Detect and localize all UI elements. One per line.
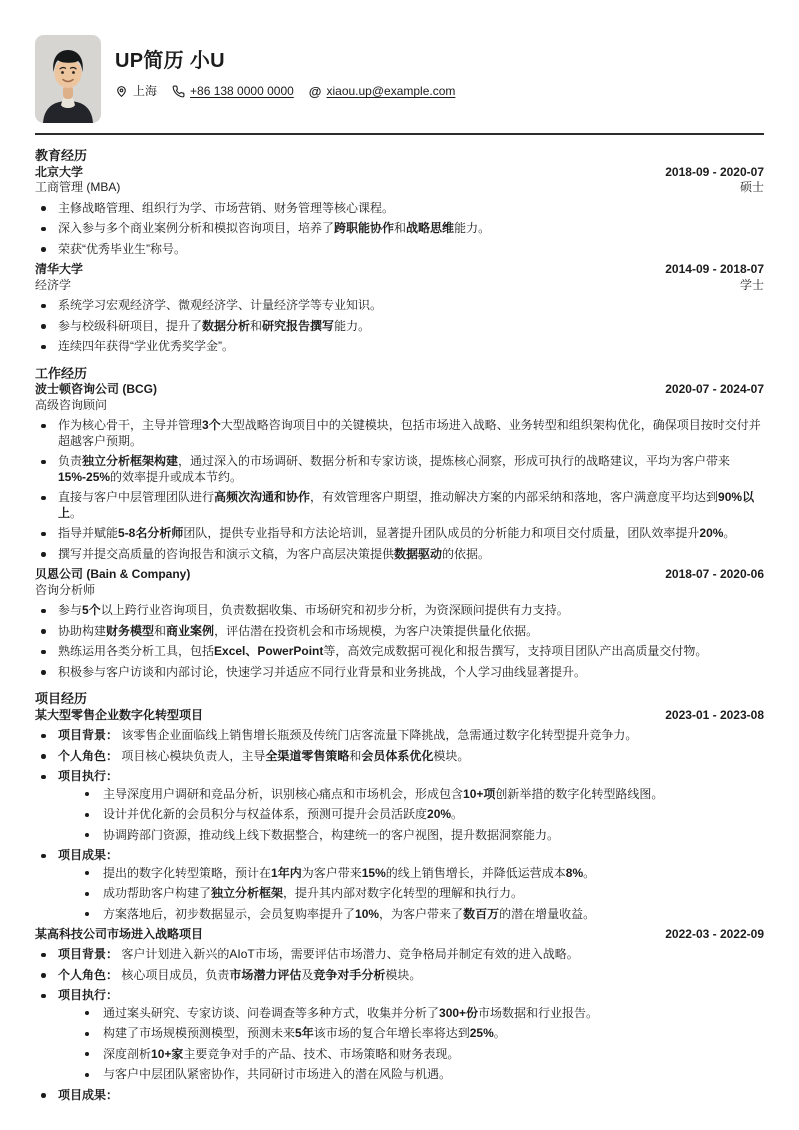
entry-header: 某高科技公司市场进入战略项目2022-03 - 2022-09 <box>35 927 764 942</box>
resume-header: UP简历 小U 上海 +86 138 0000 0000 @ xiaou.u <box>35 35 764 123</box>
entry-header: 贝恩公司 (Bain & Company)2018-07 - 2020-06 <box>35 567 764 582</box>
sub-bullet-item: 协调跨部门资源，推动线上线下数据整合，构建统一的客户视图，提升数据洞察能力。 <box>80 828 764 843</box>
entry-date: 2020-07 - 2024-07 <box>665 382 764 397</box>
bullet-item: 熟练运用各类分析工具，包括Excel、PowerPoint等，高效完成数据可视化… <box>35 644 764 659</box>
entry-title: 某高科技公司市场进入战略项目 <box>35 927 203 942</box>
candidate-name: UP简历 小U <box>115 48 455 74</box>
entry-title: 清华大学 <box>35 262 83 277</box>
entry-role: 工商管理 (MBA) <box>35 180 120 195</box>
sub-bullet-list: 提出的数字化转型策略，预计在1年内为客户带来15%的线上销售增长，并降低运营成本… <box>80 866 764 922</box>
bullet-list: 参与5个以上跨行业咨询项目，负责数据收集、市场研究和初步分析，为资深顾问提供有力… <box>35 603 764 680</box>
resume-sections: 教育经历北京大学2018-09 - 2020-07工商管理 (MBA)硕士主修战… <box>35 148 764 1103</box>
bullet-list: 系统学习宏观经济学、微观经济学、计量经济学等专业知识。参与校级科研项目，提升了数… <box>35 298 764 354</box>
sub-bullet-item: 设计并优化新的会员积分与权益体系，预测可提升会员活跃度20%。 <box>80 807 764 822</box>
entry-subheader: 经济学学士 <box>35 278 764 293</box>
bullet-item: 参与校级科研项目，提升了数据分析和研究报告撰写能力。 <box>35 319 764 334</box>
entry-title: 贝恩公司 (Bain & Company) <box>35 567 190 582</box>
sub-bullet-item: 通过案头研究、专家访谈、问卷调查等多种方式，收集并分析了300+份市场数据和行业… <box>80 1006 764 1021</box>
entry: 清华大学2014-09 - 2018-07经济学学士系统学习宏观经济学、微观经济… <box>35 262 764 354</box>
entry-date: 2022-03 - 2022-09 <box>665 927 764 942</box>
bullet-item: 主修战略管理、组织行为学、市场营销、财务管理等核心课程。 <box>35 201 764 216</box>
bullet-item: 项目执行：主导深度用户调研和竞品分析，识别核心痛点和市场机会，形成包含10+项创… <box>35 769 764 843</box>
bullet-item: 项目成果：提出的数字化转型策略，预计在1年内为客户带来15%的线上销售增长，并降… <box>35 848 764 922</box>
email-link[interactable]: @ xiaou.up@example.com <box>309 84 456 99</box>
bullet-item: 荣获“优秀毕业生”称号。 <box>35 242 764 257</box>
bullet-list: 项目背景： 该零售企业面临线上销售增长瓶颈及传统门店客流量下降挑战，急需通过数字… <box>35 728 764 922</box>
section-title: 教育经历 <box>35 148 764 165</box>
bullet-item: 撰写并提交高质量的咨询报告和演示文稿，为客户高层决策提供数据驱动的依据。 <box>35 547 764 562</box>
sub-bullet-list: 通过案头研究、专家访谈、问卷调查等多种方式，收集并分析了300+份市场数据和行业… <box>80 1006 764 1083</box>
bullet-item: 负责独立分析框架构建，通过深入的市场调研、数据分析和专家访谈，提炼核心洞察，形成… <box>35 454 764 485</box>
entry: 波士顿咨询公司 (BCG)2020-07 - 2024-07高级咨询顾问作为核心… <box>35 382 764 562</box>
profile-photo-graphic <box>35 35 101 123</box>
sub-bullet-item: 深度剖析10+家主要竞争对手的产品、技术、市场策略和财务表现。 <box>80 1047 764 1062</box>
entry-degree: 学士 <box>740 278 764 293</box>
bullet-item: 个人角色： 核心项目成员，负责市场潜力评估及竞争对手分析模块。 <box>35 968 764 983</box>
sub-bullet-item: 方案落地后，初步数据显示，会员复购率提升了10%，为客户带来了数百万的潜在增量收… <box>80 907 764 922</box>
bullet-item: 项目背景： 该零售企业面临线上销售增长瓶颈及传统门店客流量下降挑战，急需通过数字… <box>35 728 764 743</box>
bullet-list: 主修战略管理、组织行为学、市场营销、财务管理等核心课程。深入参与多个商业案例分析… <box>35 201 764 257</box>
entry: 贝恩公司 (Bain & Company)2018-07 - 2020-06咨询… <box>35 567 764 680</box>
bullet-item: 参与5个以上跨行业咨询项目，负责数据收集、市场研究和初步分析，为资深顾问提供有力… <box>35 603 764 618</box>
sub-bullet-item: 与客户中层团队紧密协作，共同研讨市场进入的潜在风险与机遇。 <box>80 1067 764 1082</box>
bullet-item: 深入参与多个商业案例分析和模拟咨询项目，培养了跨职能协作和战略思维能力。 <box>35 221 764 236</box>
location-item: 上海 <box>115 84 157 99</box>
sub-bullet-list: 主导深度用户调研和竞品分析，识别核心痛点和市场机会，形成包含10+项创新举措的数… <box>80 787 764 843</box>
entry-header: 波士顿咨询公司 (BCG)2020-07 - 2024-07 <box>35 382 764 397</box>
sub-bullet-item: 主导深度用户调研和竞品分析，识别核心痛点和市场机会，形成包含10+项创新举措的数… <box>80 787 764 802</box>
entry: 某大型零售企业数字化转型项目2023-01 - 2023-08项目背景： 该零售… <box>35 708 764 922</box>
entry-header: 某大型零售企业数字化转型项目2023-01 - 2023-08 <box>35 708 764 723</box>
entry-date: 2023-01 - 2023-08 <box>665 708 764 723</box>
map-pin-icon <box>115 85 128 98</box>
bullet-item: 作为核心骨干，主导并管理3个大型战略咨询项目中的关键模块，包括市场进入战略、业务… <box>35 418 764 449</box>
sub-bullet-item: 构建了市场规模预测模型，预测未来5年该市场的复合年增长率将达到25%。 <box>80 1026 764 1041</box>
entry-subheader: 咨询分析师 <box>35 583 764 598</box>
entry-title: 某大型零售企业数字化转型项目 <box>35 708 203 723</box>
resume-section: 教育经历北京大学2018-09 - 2020-07工商管理 (MBA)硕士主修战… <box>35 148 764 355</box>
entry-date: 2014-09 - 2018-07 <box>665 262 764 277</box>
bullet-item: 项目执行：通过案头研究、专家访谈、问卷调查等多种方式，收集并分析了300+份市场… <box>35 988 764 1082</box>
bullet-item: 项目背景： 客户计划进入新兴的AIoT市场，需要评估市场潜力、竞争格局并制定有效… <box>35 947 764 962</box>
entry-role: 经济学 <box>35 278 71 293</box>
header-divider <box>35 133 764 135</box>
bullet-item: 积极参与客户访谈和内部讨论，快速学习并适应不同行业背景和业务挑战，个人学习曲线显… <box>35 665 764 680</box>
entry-title: 波士顿咨询公司 (BCG) <box>35 382 157 397</box>
contact-row: 上海 +86 138 0000 0000 @ xiaou.up@example.… <box>115 84 455 99</box>
bullet-item: 项目成果： <box>35 1088 764 1103</box>
entry-subheader: 高级咨询顾问 <box>35 398 764 413</box>
bullet-list: 作为核心骨干，主导并管理3个大型战略咨询项目中的关键模块，包括市场进入战略、业务… <box>35 418 764 562</box>
sub-bullet-item: 提出的数字化转型策略，预计在1年内为客户带来15%的线上销售增长，并降低运营成本… <box>80 866 764 881</box>
entry-role: 咨询分析师 <box>35 583 95 598</box>
resume-page: UP简历 小U 上海 +86 138 0000 0000 @ xiaou.u <box>0 0 799 1103</box>
resume-section: 项目经历某大型零售企业数字化转型项目2023-01 - 2023-08项目背景：… <box>35 691 764 1103</box>
bullet-item: 直接与客户中层管理团队进行高频次沟通和协作，有效管理客户期望，推动解决方案的内部… <box>35 490 764 521</box>
entry-header: 清华大学2014-09 - 2018-07 <box>35 262 764 277</box>
profile-photo <box>35 35 101 123</box>
bullet-item: 个人角色： 项目核心模块负责人，主导全渠道零售策略和会员体系优化模块。 <box>35 749 764 764</box>
email-text: xiaou.up@example.com <box>326 84 455 99</box>
sub-bullet-item: 成功帮助客户构建了独立分析框架，提升其内部对数字化转型的理解和执行力。 <box>80 886 764 901</box>
resume-section: 工作经历波士顿咨询公司 (BCG)2020-07 - 2024-07高级咨询顾问… <box>35 366 764 680</box>
section-title: 项目经历 <box>35 691 764 708</box>
entry-header: 北京大学2018-09 - 2020-07 <box>35 165 764 180</box>
header-info: UP简历 小U 上海 +86 138 0000 0000 @ xiaou.u <box>115 35 455 99</box>
bullet-list: 项目背景： 客户计划进入新兴的AIoT市场，需要评估市场潜力、竞争格局并制定有效… <box>35 947 764 1103</box>
bullet-item: 连续四年获得“学业优秀奖学金”。 <box>35 339 764 354</box>
entry-title: 北京大学 <box>35 165 83 180</box>
phone-icon <box>172 85 185 98</box>
entry-subheader: 工商管理 (MBA)硕士 <box>35 180 764 195</box>
bullet-item: 协助构建财务模型和商业案例，评估潜在投资机会和市场规模，为客户决策提供量化依据。 <box>35 624 764 639</box>
location-text: 上海 <box>133 84 157 99</box>
entry-date: 2018-07 - 2020-06 <box>665 567 764 582</box>
section-title: 工作经历 <box>35 366 764 383</box>
entry-degree: 硕士 <box>740 180 764 195</box>
entry-role: 高级咨询顾问 <box>35 398 107 413</box>
entry: 北京大学2018-09 - 2020-07工商管理 (MBA)硕士主修战略管理、… <box>35 165 764 257</box>
bullet-item: 指导并赋能5-8名分析师团队，提供专业指导和方法论培训，显著提升团队成员的分析能… <box>35 526 764 541</box>
entry: 某高科技公司市场进入战略项目2022-03 - 2022-09项目背景： 客户计… <box>35 927 764 1103</box>
bullet-item: 系统学习宏观经济学、微观经济学、计量经济学等专业知识。 <box>35 298 764 313</box>
entry-date: 2018-09 - 2020-07 <box>665 165 764 180</box>
phone-text: +86 138 0000 0000 <box>190 84 294 99</box>
at-icon: @ <box>309 85 322 98</box>
phone-link[interactable]: +86 138 0000 0000 <box>172 84 294 99</box>
